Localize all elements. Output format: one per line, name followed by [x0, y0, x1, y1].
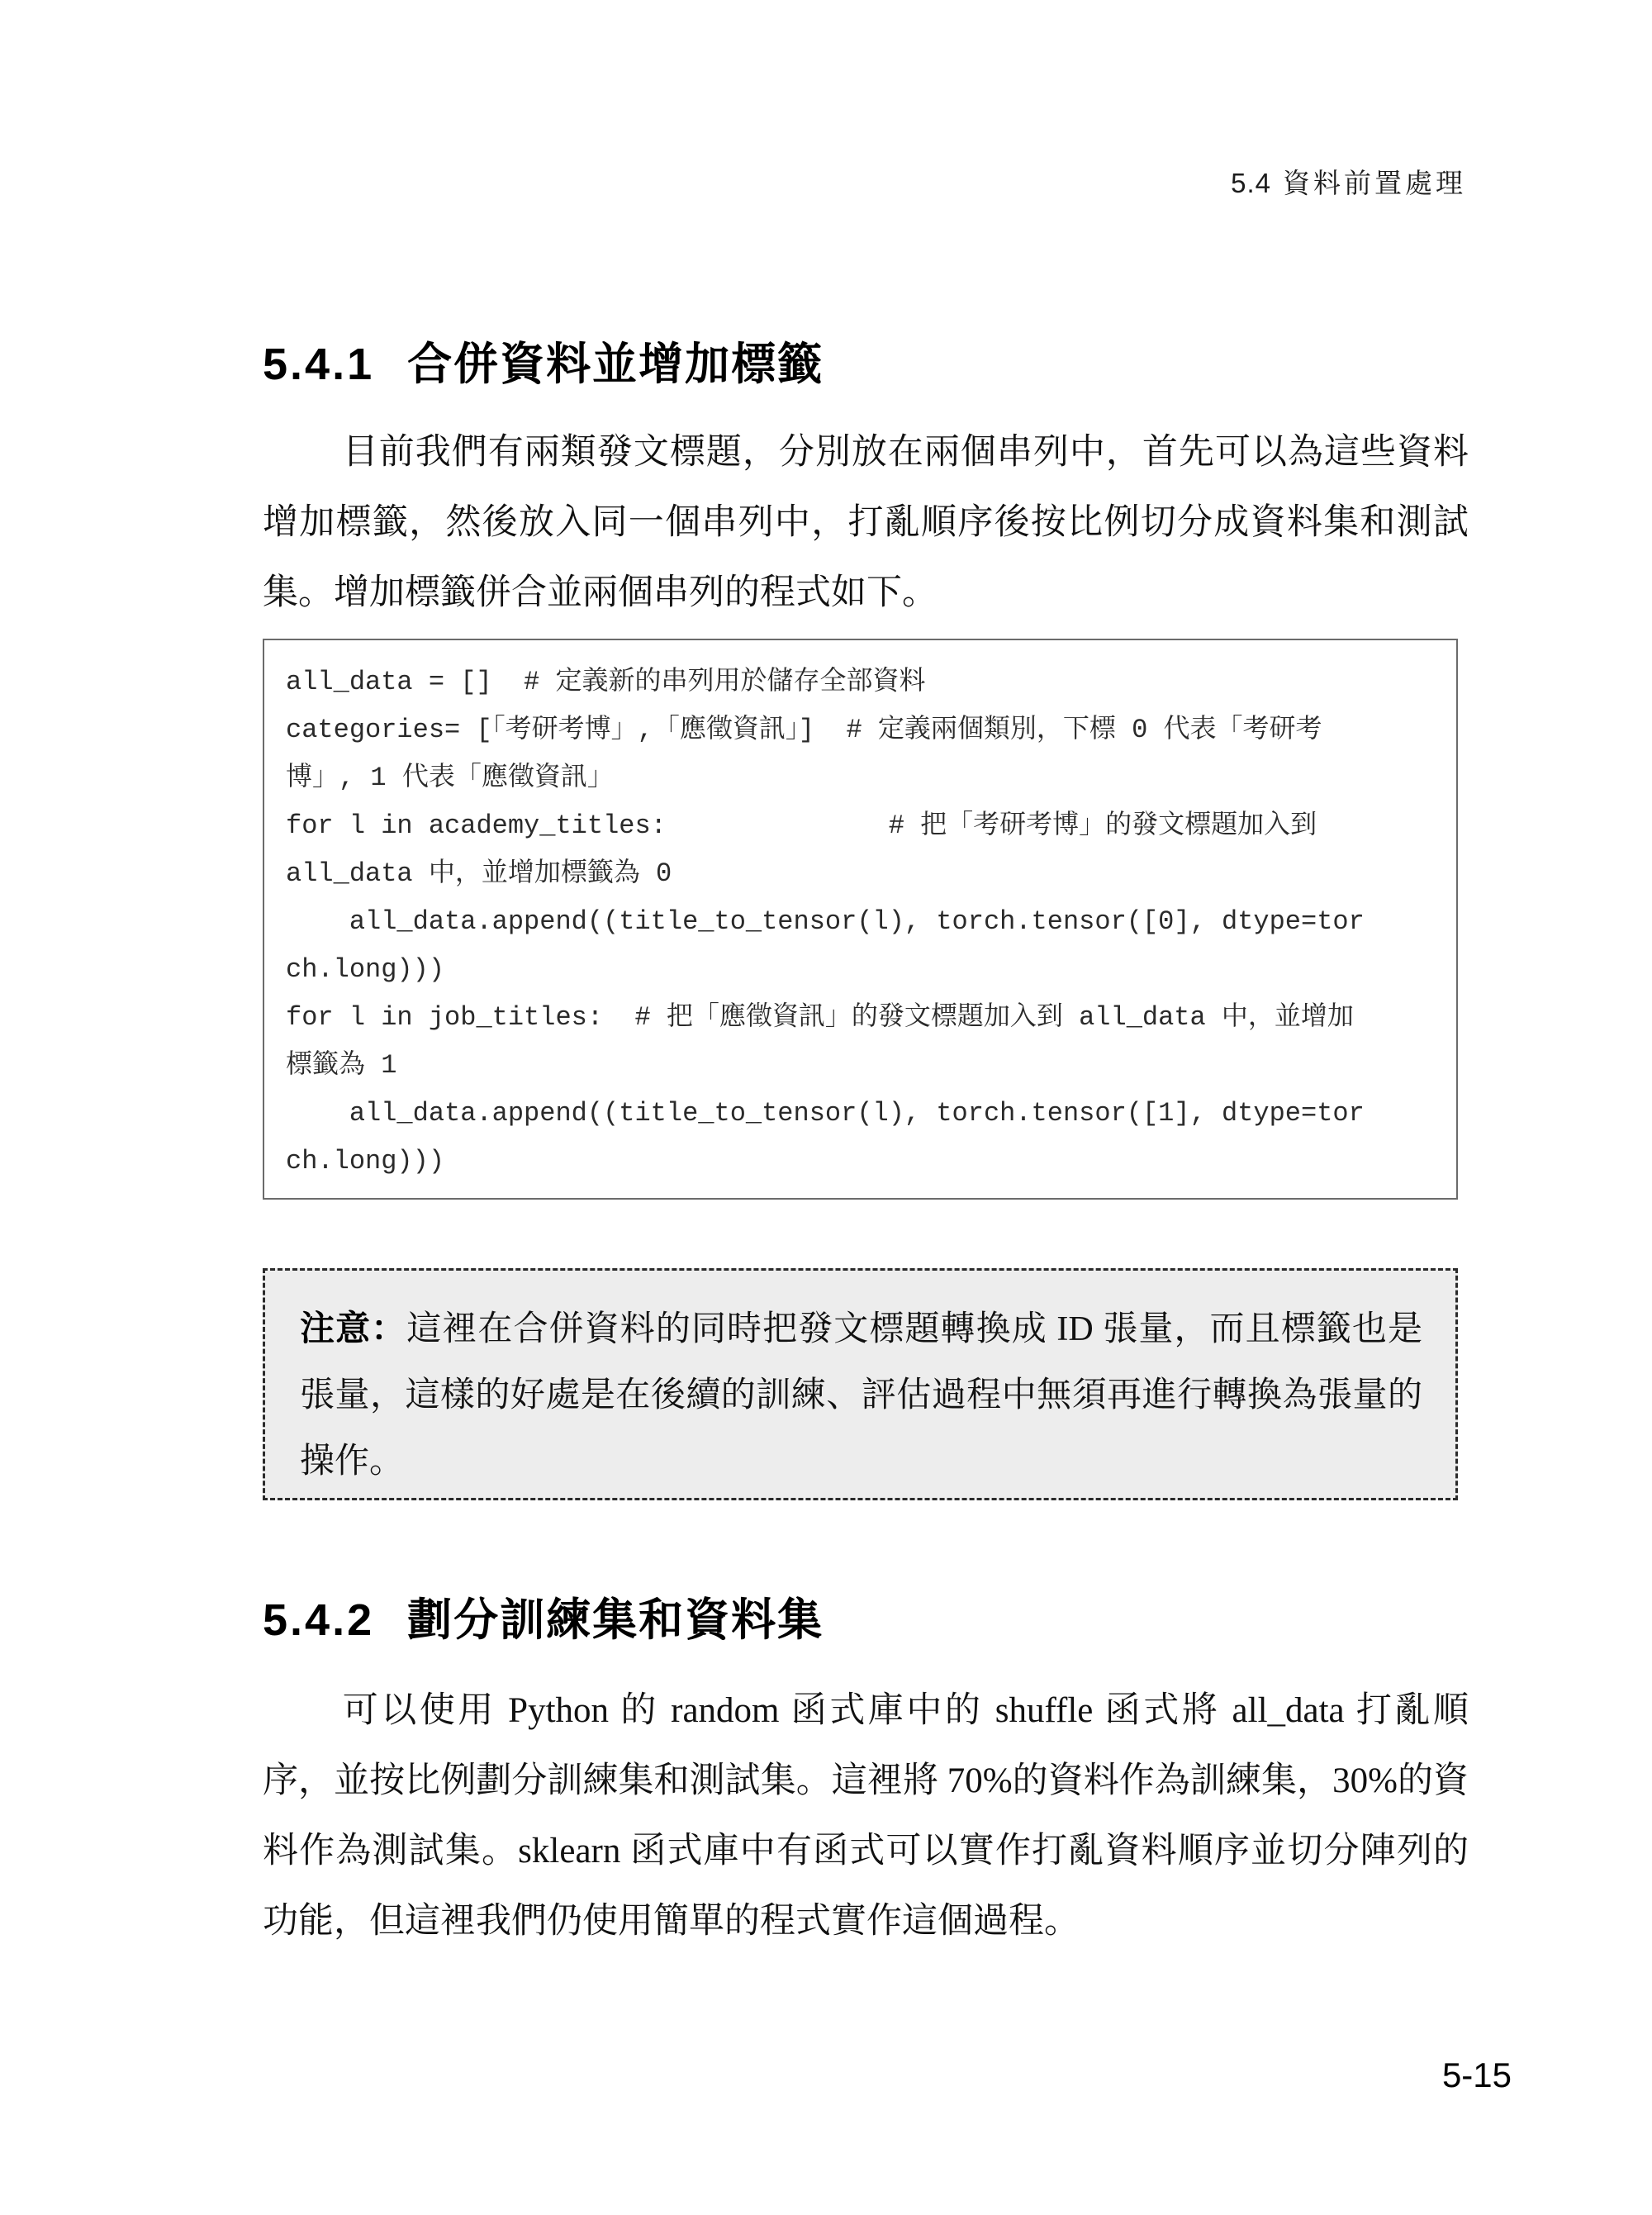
code-line: for l in academy_titles: # 把「考研考博」的發文標題加… — [286, 802, 1450, 850]
section-542-number: 5.4.2 — [263, 1595, 374, 1645]
section-heading-542: 5.4.2劃分訓練集和資料集 — [263, 1585, 1466, 1648]
section-542-paragraph: 可以使用 Python 的 random 函式庫中的 shuffle 函式將 a… — [263, 1676, 1469, 1956]
note-body: 這裡在合併資料的同時把發文標題轉換成 ID 張量，而且標籤也是張量，這樣的好處是… — [300, 1310, 1422, 1481]
code-line: ch.long))) — [286, 1138, 1450, 1186]
section-542-title: 劃分訓練集和資料集 — [407, 1595, 824, 1645]
running-header-section-number: 5.4 — [1231, 168, 1271, 198]
running-header: 5.4資料前置處理 — [263, 162, 1466, 201]
code-line: for l in job_titles: # 把「應徵資訊」的發文標題加入到 a… — [286, 994, 1450, 1042]
code-line: categories= [「考研考博」,「應徵資訊」] # 定義兩個類別，下標 … — [286, 706, 1450, 754]
note-box: 注意：這裡在合併資料的同時把發文標題轉換成 ID 張量，而且標籤也是張量，這樣的… — [263, 1268, 1458, 1500]
code-line: all_data 中，並增加標籤為 0 — [286, 850, 1450, 898]
code-line: ch.long))) — [286, 946, 1450, 994]
section-heading-541: 5.4.1合併資料並增加標籤 — [263, 329, 1466, 392]
code-line: 博」, 1 代表「應徵資訊」 — [286, 754, 1450, 802]
running-header-title: 資料前置處理 — [1283, 168, 1466, 198]
code-line: 標籤為 1 — [286, 1042, 1450, 1090]
code-line: all_data.append((title_to_tensor(l), tor… — [286, 1090, 1450, 1138]
book-page: 5.4資料前置處理 5.4.1合併資料並增加標籤 目前我們有兩類發文標題，分別放… — [0, 0, 1652, 2215]
section-541-paragraph: 目前我們有兩類發文標題，分別放在兩個串列中，首先可以為這些資料增加標籤，然後放入… — [263, 417, 1469, 628]
code-line: all_data = [] # 定義新的串列用於儲存全部資料 — [286, 658, 1450, 706]
note-label: 注意： — [300, 1309, 406, 1348]
page-number: 5-15 — [263, 2056, 1512, 2095]
code-line: all_data.append((title_to_tensor(l), tor… — [286, 898, 1450, 946]
section-541-number: 5.4.1 — [263, 340, 374, 389]
code-block: all_data = [] # 定義新的串列用於儲存全部資料 categorie… — [263, 639, 1458, 1200]
note-text: 注意：這裡在合併資料的同時把發文標題轉換成 ID 張量，而且標籤也是張量，這樣的… — [300, 1295, 1422, 1495]
section-541-title: 合併資料並增加標籤 — [407, 340, 824, 389]
